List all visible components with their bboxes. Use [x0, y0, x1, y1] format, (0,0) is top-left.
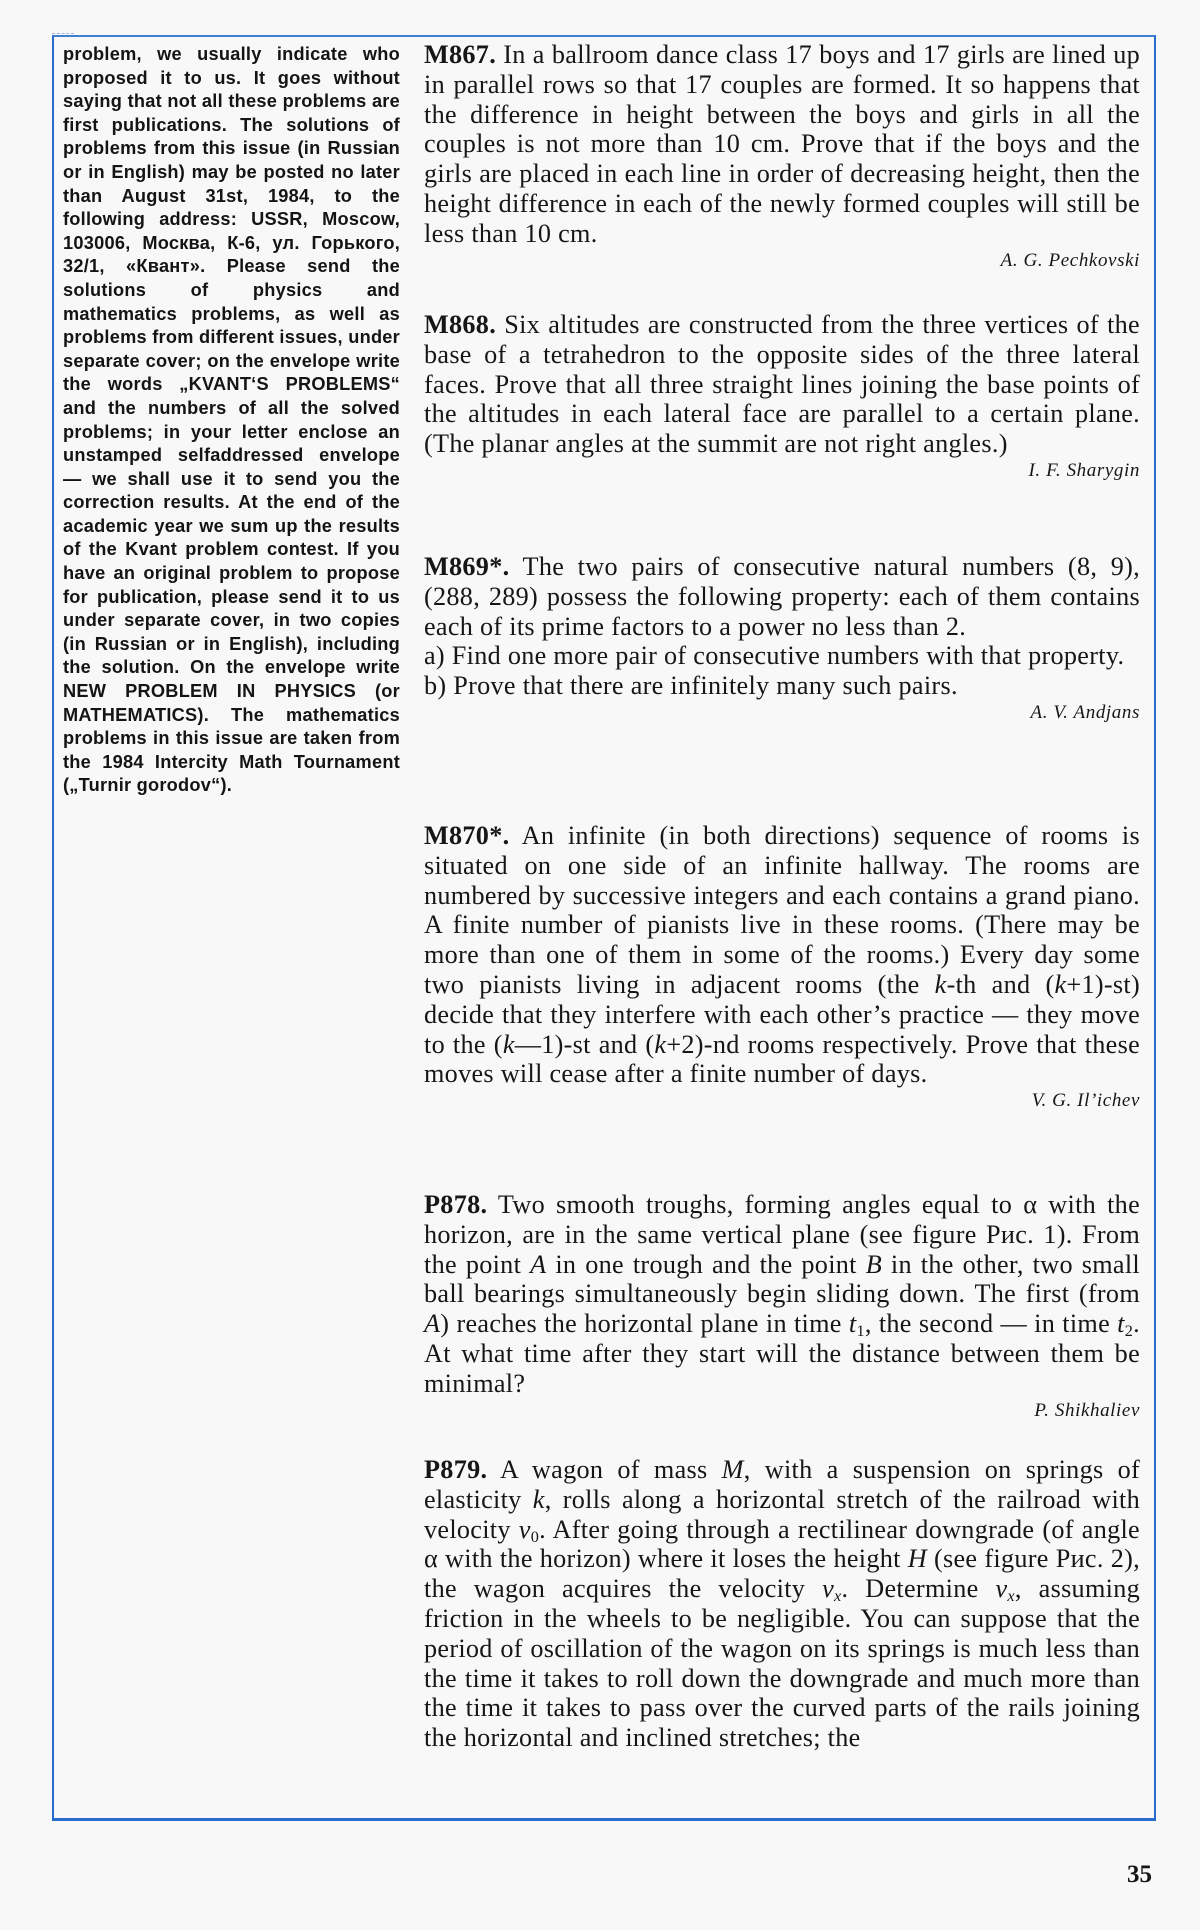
variable-k: k	[1054, 970, 1066, 999]
problem-id: P878.	[424, 1190, 487, 1219]
problem-text: In a ballroom dance class 17 boys and 17…	[424, 40, 1140, 248]
text-segment: in one trough and the point	[546, 1250, 865, 1279]
variable-k: k	[935, 970, 947, 999]
problem-author: P. Shikhaliev	[424, 1399, 1140, 1423]
text-segment: . Determine	[842, 1574, 996, 1603]
problem-id: P879.	[424, 1455, 487, 1484]
problem-text: Two smooth troughs, forming angles equal…	[424, 1190, 1140, 1398]
problem-id: M870*.	[424, 821, 509, 850]
problem-text: The two pairs of consecutive natural num…	[424, 552, 1140, 641]
variable-v: v	[995, 1574, 1007, 1603]
submission-instructions-text: problem, we usually indicate who propose…	[63, 43, 400, 798]
variable-k: k	[503, 1030, 515, 1059]
problem-author: A. G. Pechkovski	[424, 249, 1140, 273]
page-number: 35	[1127, 1861, 1152, 1889]
text-segment: —1)-st and (	[515, 1030, 655, 1059]
problem-m868: M868. Six altitudes are constructed from…	[424, 310, 1140, 483]
problem-author: V. G. Il’ichev	[424, 1089, 1140, 1113]
problem-part-b: b) Prove that there are infinitely many …	[424, 671, 1140, 701]
frame-corner-mark	[52, 33, 74, 35]
problem-m869: M869*. The two pairs of consecutive natu…	[424, 552, 1140, 725]
variable-v: v	[822, 1574, 834, 1603]
text-segment: , the second — in time	[865, 1309, 1117, 1338]
text-segment: A wagon of mass	[500, 1455, 722, 1484]
subscript: 1	[856, 1322, 864, 1340]
problem-id: M867.	[424, 40, 496, 69]
submission-instructions-column: problem, we usually indicate who propose…	[63, 43, 400, 798]
problem-author: I. F. Sharygin	[424, 459, 1140, 483]
problem-m867: M867. In a ballroom dance class 17 boys …	[424, 40, 1140, 273]
variable-m: M	[722, 1455, 744, 1484]
variable-a: A	[424, 1309, 440, 1338]
text-segment: ) reaches the horizontal plane in time	[440, 1309, 849, 1338]
subscript: 2	[1125, 1322, 1133, 1340]
text-segment: -th and (	[947, 970, 1055, 999]
variable-v: v	[519, 1515, 531, 1544]
variable-b: B	[866, 1250, 882, 1279]
problem-m870: M870*. An infinite (in both directions) …	[424, 821, 1140, 1113]
problem-part-a: a) Find one more pair of consecutive num…	[424, 641, 1140, 671]
subscript: x	[834, 1587, 842, 1605]
subscript: x	[1007, 1587, 1015, 1605]
variable-t: t	[1117, 1309, 1125, 1338]
variable-k: k	[654, 1030, 666, 1059]
problem-text: A wagon of mass M, with a suspension on …	[424, 1455, 1140, 1752]
problem-text: Six altitudes are constructed from the t…	[424, 310, 1140, 458]
problem-p878: P878. Two smooth troughs, forming angles…	[424, 1190, 1140, 1423]
variable-h: H	[908, 1544, 927, 1573]
problem-text: An infinite (in both directions) sequenc…	[424, 821, 1140, 1088]
problem-author: A. V. Andjans	[424, 701, 1140, 725]
subscript: 0	[531, 1528, 539, 1546]
variable-a: A	[530, 1250, 546, 1279]
problem-id: M869*.	[424, 552, 509, 581]
problem-id: M868.	[424, 310, 496, 339]
variable-k: k	[533, 1485, 545, 1514]
problem-p879: P879. A wagon of mass M, with a suspensi…	[424, 1455, 1140, 1753]
